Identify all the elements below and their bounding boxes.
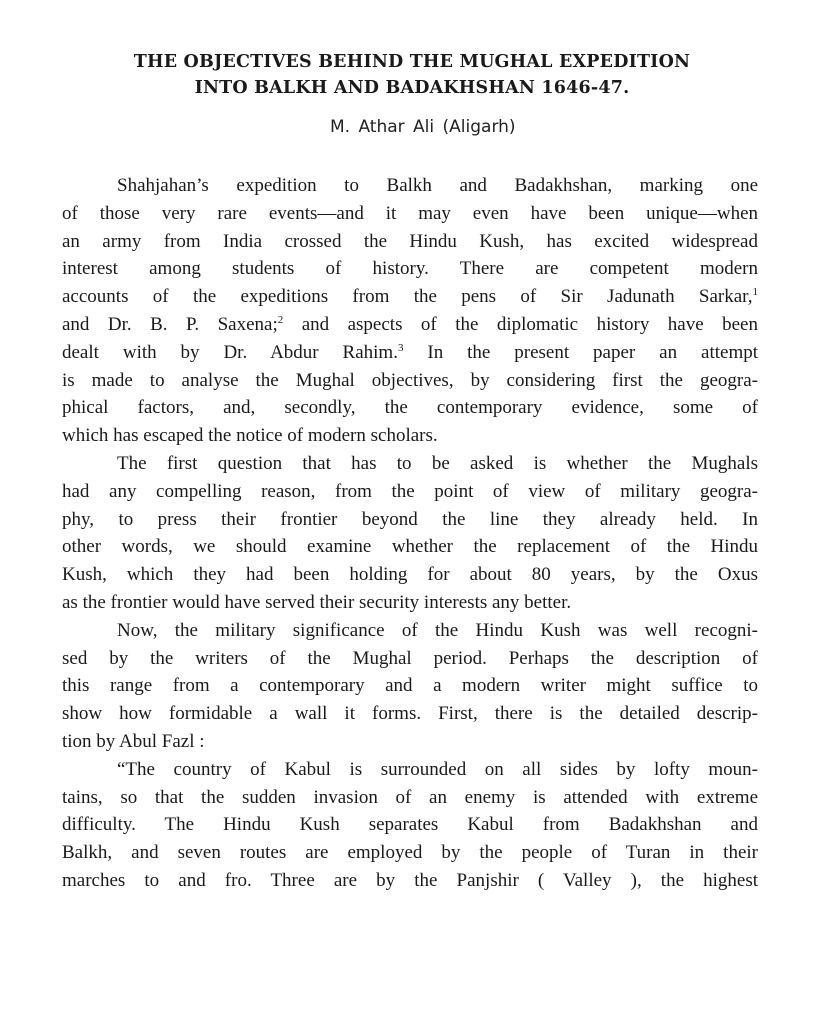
text-line: sed by the writers of the Mughal period.… bbox=[62, 645, 758, 673]
text-line: of those very rare events—and it may eve… bbox=[62, 200, 758, 228]
text-line: accounts of the expeditions from the pen… bbox=[62, 283, 758, 311]
text-line: tains, so that the sudden invasion of an… bbox=[62, 784, 758, 812]
text-line: this range from a contemporary and a mod… bbox=[62, 672, 758, 700]
article-title: THE OBJECTIVES BEHIND THE MUGHAL EXPEDIT… bbox=[0, 49, 824, 101]
text-line: interest among students of history. Ther… bbox=[62, 255, 758, 283]
text-segment: and aspects of the diplomatic history ha… bbox=[283, 314, 758, 335]
text-line: tion by Abul Fazl : bbox=[62, 728, 758, 756]
text-segment: In the present paper an attempt bbox=[403, 342, 758, 363]
text-line: The first question that has to be asked … bbox=[62, 450, 758, 478]
text-line: difficulty. The Hindu Kush separates Kab… bbox=[62, 811, 758, 839]
footnote-ref-1[interactable]: 1 bbox=[753, 286, 759, 298]
quotation-paragraph: “The country of Kabul is surrounded on a… bbox=[62, 756, 758, 895]
text-line: marches to and fro. Three are by the Pan… bbox=[62, 867, 758, 895]
document-page: THE OBJECTIVES BEHIND THE MUGHAL EXPEDIT… bbox=[0, 0, 824, 1023]
text-line: which has escaped the notice of modern s… bbox=[62, 422, 758, 450]
text-line: Balkh, and seven routes are employed by … bbox=[62, 839, 758, 867]
text-line: dealt with by Dr. Abdur Rahim.3 In the p… bbox=[62, 339, 758, 367]
text-line: show how formidable a wall it forms. Fir… bbox=[62, 700, 758, 728]
article-body: Shahjahan’s expedition to Balkh and Bada… bbox=[62, 172, 758, 895]
text-line: had any compelling reason, from the poin… bbox=[62, 478, 758, 506]
text-line: an army from India crossed the Hindu Kus… bbox=[62, 228, 758, 256]
title-line-2: INTO BALKH AND BADAKHSHAN 1646-47. bbox=[0, 75, 824, 101]
text-line: phical factors, and, secondly, the conte… bbox=[62, 394, 758, 422]
text-line: phy, to press their frontier beyond the … bbox=[62, 506, 758, 534]
text-segment: and Dr. B. P. Saxena; bbox=[62, 314, 278, 335]
text-line: Shahjahan’s expedition to Balkh and Bada… bbox=[62, 172, 758, 200]
title-line-1: THE OBJECTIVES BEHIND THE MUGHAL EXPEDIT… bbox=[0, 49, 824, 75]
text-line: is made to analyse the Mughal objectives… bbox=[62, 367, 758, 395]
text-line: and Dr. B. P. Saxena;2 and aspects of th… bbox=[62, 311, 758, 339]
text-line: as the frontier would have served their … bbox=[62, 589, 758, 617]
text-line: Kush, which they had been holding for ab… bbox=[62, 561, 758, 589]
text-line: “The country of Kabul is surrounded on a… bbox=[62, 756, 758, 784]
text-line: other words, we should examine whether t… bbox=[62, 533, 758, 561]
text-line: Now, the military significance of the Hi… bbox=[62, 617, 758, 645]
paragraph-2: The first question that has to be asked … bbox=[62, 450, 758, 617]
text-segment: accounts of the expeditions from the pen… bbox=[62, 286, 753, 307]
paragraph-1: Shahjahan’s expedition to Balkh and Bada… bbox=[62, 172, 758, 450]
author-byline: M. Athar Ali (Aligarh) bbox=[330, 117, 516, 137]
text-segment: dealt with by Dr. Abdur Rahim. bbox=[62, 342, 398, 363]
paragraph-3: Now, the military significance of the Hi… bbox=[62, 617, 758, 756]
